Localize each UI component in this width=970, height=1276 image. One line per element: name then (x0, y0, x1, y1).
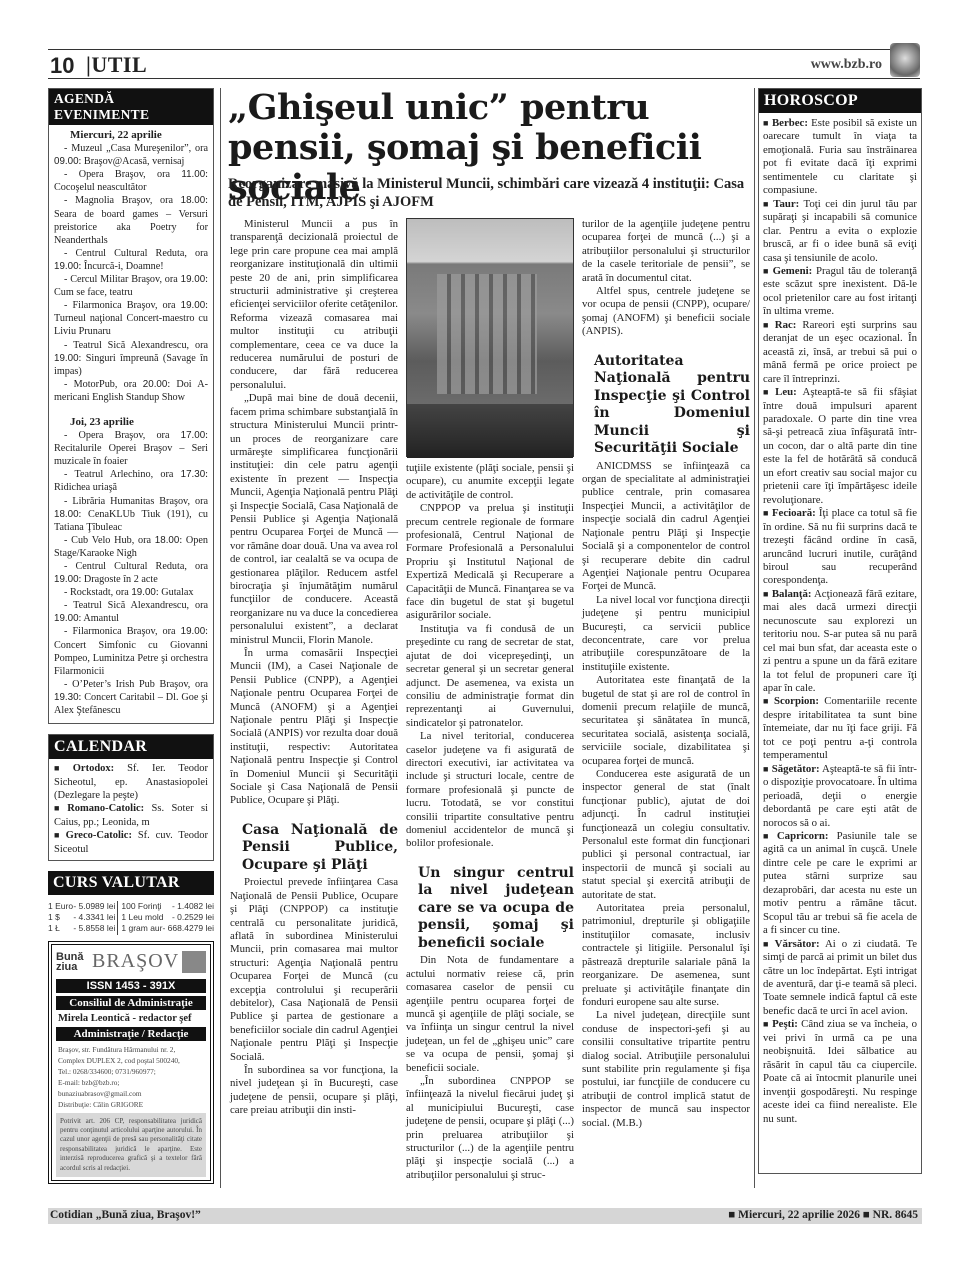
bullet-icon: ■ (763, 764, 769, 774)
agenda-box: AGENDĂ EVENIMENTE Miercuri, 22 aprilie- … (48, 88, 214, 724)
agenda-event: - Rockstadt, ora 19.00: Gutalax (54, 586, 208, 599)
calendar-list: ■Ortodox: Sf. Ier. Teodor Sicheotul, ep.… (49, 759, 213, 860)
zodiac-sign: Vărsător: (775, 938, 820, 950)
event-time: 18.00 (155, 535, 180, 546)
column-divider (220, 88, 221, 1188)
bullet-icon: ■ (763, 939, 772, 949)
zodiac-sign: Berbec: (772, 117, 808, 129)
currency-section: CURS VALUTAR 1 Euro- 5.0989 lei1 $- 4.33… (48, 871, 214, 935)
currency-name: 100 Forinţi (121, 901, 161, 912)
col3-paragraphs: turilor de la agenţiile judeţene pentru … (582, 218, 750, 339)
horoscope-entry: ■Leu: Aşteaptă-te să fii sfâşiat între d… (763, 386, 917, 507)
agenda-title: AGENDĂ EVENIMENTE (49, 89, 213, 125)
article-column-2: tuţiile existente (plăţi sociale, pensii… (406, 462, 574, 1182)
agenda-day-heading: Miercuri, 22 aprilie (54, 129, 208, 142)
agenda-event: - Opera Braşov, ora 11.00: Cocoşelul nea… (54, 168, 208, 194)
article-paragraph: turilor de la agenţiile judeţene pentru … (582, 218, 750, 285)
currency-rate: - 1.4082 lei (172, 901, 214, 912)
article-paragraph: La nivel local vor funcţiona direcţii ju… (582, 594, 750, 674)
agenda-event: - Cercul Militar Braşov, ora 19.00: Cum … (54, 273, 208, 299)
bullet-icon: ■ (763, 320, 772, 330)
article-paragraph: Conducerea este asigurată de un inspecto… (582, 768, 750, 902)
calendar-rite: Ortodox: (73, 763, 114, 774)
zodiac-sign: Săgetător: (772, 763, 820, 775)
article-paragraph: CNPPOP va prelua şi instituţii precum ce… (406, 502, 574, 623)
zodiac-sign: Balanţă: (772, 588, 812, 600)
website-link[interactable]: www.bzb.ro (811, 57, 882, 73)
bullet-icon: ■ (763, 831, 774, 841)
agenda-event: - Muzeul „Casa Mureşenilor”, ora 09.00: … (54, 142, 208, 168)
horoscope-entry: ■Peşti: Când ziua se va încheia, o vei p… (763, 1018, 917, 1126)
sec3-paragraphs: ANICDMSS se înfiinţează ca organ de spec… (582, 460, 750, 1130)
calendar-title: CALENDAR (49, 735, 213, 759)
article-column-3: turilor de la agenţiile judeţene pentru … (582, 218, 750, 1130)
calendar-rite: Romano-Catolic: (67, 803, 144, 814)
page-number: 10 (50, 53, 74, 79)
horoscope-entry: ■Gemeni: Pragul tău de toleranţă este sc… (763, 265, 917, 319)
col1-paragraphs: Ministerul Muncii a pus în transparenţă … (230, 218, 398, 808)
article-paragraph: ANICDMSS se înfiinţează ca organ de spec… (582, 460, 750, 594)
currency-name: 1 gram aur (121, 923, 162, 934)
article-paragraph: Ministerul Muncii a pus în transparenţă … (230, 218, 398, 392)
agenda-list: Miercuri, 22 aprilie- Muzeul „Casa Mureş… (49, 125, 213, 723)
zodiac-sign: Leu: (775, 386, 797, 398)
address-line: Distribuţie: Călin GRIGORE (58, 1099, 204, 1110)
event-time: 19.00 (181, 626, 206, 637)
event-time: 17.00 (181, 430, 206, 441)
calendar-entry: ■Romano-Catolic: Ss. Soter si Caius, pp.… (54, 802, 208, 829)
section-heading-cnppop: Casa Naţională de Pensii Publice, Ocupar… (230, 822, 398, 875)
event-time: 20.00 (143, 379, 168, 390)
newspaper-logo: Bunăziua BRAŞOV (56, 948, 206, 976)
agenda-event: - Filarmonica Braşov, ora 19.00: Concert… (54, 625, 208, 677)
address-line: Complex DUPLEX 2, cod poştal 500240, (58, 1055, 204, 1066)
horoscope-entry: ■Fecioară: Îţi place ca totul să fie în … (763, 507, 917, 588)
board-heading: Consiliul de Administraţie (56, 996, 206, 1010)
bullet-icon: ■ (54, 763, 70, 773)
section-heading-ghiseu: Un singur centrul la nivel judeţean care… (406, 865, 574, 953)
event-time: 19.00 (181, 274, 206, 285)
agenda-event: - Teatrul Sică Alexandrescu, ora 19.00: … (54, 339, 208, 378)
col2-paragraphs: tuţiile existente (plăţi sociale, pensii… (406, 462, 574, 851)
currency-col-left: 1 Euro- 5.0989 lei1 $- 4.3341 lei1 Ł- 5.… (48, 901, 118, 935)
currency-row: 1 Euro- 5.0989 lei (48, 901, 115, 912)
legal-notice: Potrivit art. 206 CP, responsabilitatea … (56, 1113, 206, 1177)
article-paragraph: În subordinea sa vor funcţiona, la nivel… (230, 1064, 398, 1118)
imprint-box: Bunăziua BRAŞOV ISSN 1453 - 391X Consili… (48, 941, 214, 1184)
bullet-icon: ■ (763, 266, 770, 276)
agenda-event: - Cub Velo Hub, ora 18.00: Open Stage/Ka… (54, 534, 208, 560)
event-time: 19.00 (54, 261, 79, 272)
horoscope-list: ■Berbec: Este posibil să existe un oarec… (759, 113, 921, 1130)
left-sidebar: AGENDĂ EVENIMENTE Miercuri, 22 aprilie- … (48, 88, 214, 1184)
agenda-event: - Centrul Cultural Reduta, ora 19.00: Dr… (54, 560, 208, 586)
bullet-icon: ■ (763, 118, 769, 128)
article-paragraph: În urma comasării Inspecţiei Muncii (IM)… (230, 647, 398, 808)
event-time: 19.00 (54, 574, 79, 585)
agenda-event: - Opera Braşov, ora 17.00: Recitalurile … (54, 429, 208, 468)
article-paragraph: La nivel judeţean, direcţiile sunt condu… (582, 1009, 750, 1130)
currency-row: 1 gram aur- 668.4279 lei (121, 923, 214, 934)
article-paragraph: „În subordinea CNPPOP se înfiinţează la … (406, 1075, 574, 1182)
article-paragraph: Autoritatea este finanţată de la bugetul… (582, 674, 750, 768)
currency-table: 1 Euro- 5.0989 lei1 $- 4.3341 lei1 Ł- 5.… (48, 901, 214, 935)
bullet-icon: ■ (763, 508, 769, 518)
currency-row: 1 Leu mold- 0.2529 lei (121, 912, 214, 923)
horoscope-entry: ■Berbec: Este posibil să existe un oarec… (763, 117, 917, 198)
zodiac-sign: Peşti: (772, 1018, 798, 1030)
contact-info: Braşov, str. Fundătura Hărmanului nr. 2,… (56, 1041, 206, 1113)
logo-crest-icon (182, 951, 206, 973)
admin-heading: Administraţie / Redacţie (56, 1027, 206, 1041)
calendar-box: CALENDAR ■Ortodox: Sf. Ier. Teodor Siche… (48, 734, 214, 861)
article-paragraph: Autoritatea preia personalul, patrimoniu… (582, 902, 750, 1009)
currency-rate: - 5.0989 lei (73, 901, 115, 912)
editor-in-chief: Mirela Leontică - redactor şef (56, 1010, 206, 1024)
event-time: 19.30 (54, 692, 79, 703)
agenda-event: - Teatrul Arlechino, ora 17.30: Ridichea… (54, 468, 208, 494)
event-time: 09.00 (54, 156, 79, 167)
page-header: 10 |UTIL www.bzb.ro (48, 51, 920, 79)
article-column-1: Ministerul Muncii a pus în transparenţă … (230, 218, 398, 1118)
calendar-entry: ■Greco-Catolic: Sf. cuv. Teodor Siceotul (54, 829, 208, 856)
agenda-event: - Teatrul Sică Alexandrescu, ora 19.00: … (54, 599, 208, 625)
event-time: 19.00 (54, 613, 79, 624)
horoscope-title: HOROSCOP (759, 89, 921, 113)
calendar-entry: ■Ortodox: Sf. Ier. Teodor Sicheotul, ep.… (54, 762, 208, 802)
article-paragraph: Instituţia va fi condusă de un preşedint… (406, 623, 574, 730)
zodiac-sign: Rac: (775, 319, 797, 331)
sec1-paragraphs: Proiectul prevede înfiinţarea Casa Naţio… (230, 876, 398, 1117)
agenda-day-heading: Joi, 23 aprilie (54, 416, 208, 429)
section-title: |UTIL (86, 52, 147, 78)
event-time: 18.00 (54, 509, 79, 520)
event-time: 19.00 (131, 587, 156, 598)
zodiac-sign: Taur: (773, 198, 799, 210)
issue-date: ■ Miercuri, 22 aprilie 2026 ■ NR. 8645 (728, 1209, 918, 1221)
address-line: E-mail: bzb@bzb.ro; bunaziuabrasov@gmail… (58, 1077, 204, 1099)
address-line: Tel.: 0268/334600; 0731/960977; (58, 1066, 204, 1077)
agenda-event: - Centrul Cultural Reduta, ora 19.00: În… (54, 247, 208, 273)
page-footer: Cotidian „Bună ziua, Braşov!” ■ Miercuri… (48, 1208, 922, 1224)
article-paragraph: tuţiile existente (plăţi sociale, pensii… (406, 462, 574, 502)
horoscope-entry: ■Vărsător: Ai o zi ciudată. Te simţi de … (763, 938, 917, 1019)
horoscope-entry: ■Scorpion: Comentariile recente despre i… (763, 695, 917, 762)
event-time: 19.00 (181, 300, 206, 311)
horoscope-box: HOROSCOP ■Berbec: Este posibil să existe… (758, 88, 922, 1174)
article-paragraph: Din Nota de fundamentare a actului norma… (406, 954, 574, 1075)
currency-title: CURS VALUTAR (48, 871, 214, 895)
bullet-icon: ■ (54, 830, 63, 840)
currency-row: 1 $- 4.3341 lei (48, 912, 115, 923)
section-heading-anicdmss: Autoritatea Naţională pentru Inspecţie ş… (582, 353, 750, 458)
section-label: UTIL (91, 52, 147, 77)
city-crest-icon (890, 43, 920, 77)
zodiac-sign: Scorpion: (774, 695, 819, 707)
agenda-event: - MotorPub, ora 20.00: Doi A-mericani En… (54, 378, 208, 404)
event-time: 19.00 (54, 353, 79, 364)
agenda-event: - O’Peter’s Irish Pub Braşov, ora 19.30:… (54, 678, 208, 717)
currency-name: 1 Ł (48, 923, 60, 934)
publication-name: Cotidian „Bună ziua, Braşov!” (50, 1209, 201, 1221)
currency-name: 1 $ (48, 912, 60, 923)
agenda-event: - Magnolia Braşov, ora 18.00: Seara de b… (54, 194, 208, 246)
article-paragraph: La nivel teritorial, conducerea caselor … (406, 730, 574, 851)
top-rule (48, 49, 920, 50)
event-time: 17.30 (181, 469, 206, 480)
currency-rate: - 0.2529 lei (172, 912, 214, 923)
bullet-icon: ■ (763, 589, 769, 599)
horoscope-entry: ■Balanţă: Acţionează fără ezitare, mai a… (763, 588, 917, 696)
agenda-event: - Librăria Humanitas Braşov, ora 18.00: … (54, 495, 208, 534)
bullet-icon: ■ (763, 387, 772, 397)
zodiac-sign: Capricorn: (777, 830, 829, 842)
horoscope-entry: ■Rac: Rareori eşti surprins sau deranjat… (763, 319, 917, 386)
bullet-icon: ■ (763, 1019, 769, 1029)
calendar-rite: Greco-Catolic: (66, 830, 132, 841)
article-paragraph: „După mai bine de două decenii, facem pr… (230, 392, 398, 647)
currency-row: 1 Ł- 5.8558 lei (48, 923, 115, 934)
currency-name: 1 Leu mold (121, 912, 163, 923)
horoscope-entry: ■Taur: Toţi cei din jurul tău par supăra… (763, 198, 917, 265)
column-divider-right (754, 88, 755, 1188)
zodiac-sign: Gemeni: (773, 265, 813, 277)
ministry-building-photo (406, 218, 574, 457)
logo-wordmark: Bunăziua (56, 952, 92, 972)
currency-name: 1 Euro (48, 901, 73, 912)
horoscope-entry: ■Capricorn: Pasiunile tale se agită ca u… (763, 830, 917, 938)
article-paragraph: Altfel spus, centrele judeţene se vor oc… (582, 285, 750, 339)
article-subheadline: Reorganizare masivă la Ministerul Muncii… (228, 175, 748, 211)
currency-rate: - 668.4279 lei (162, 923, 214, 934)
currency-col-right: 100 Forinţi- 1.4082 lei1 Leu mold- 0.252… (118, 901, 214, 935)
sec2-paragraphs: Din Nota de fundamentare a actului norma… (406, 954, 574, 1182)
bullet-icon: ■ (763, 199, 770, 209)
currency-row: 100 Forinţi- 1.4082 lei (121, 901, 214, 912)
zodiac-sign: Fecioară: (772, 507, 816, 519)
issn: ISSN 1453 - 391X (56, 979, 206, 993)
horoscope-entry: ■Săgetător: Aşteaptă-te să fii într-o di… (763, 763, 917, 830)
currency-rate: - 4.3341 lei (73, 912, 115, 923)
currency-rate: - 5.8558 lei (73, 923, 115, 934)
event-time: 11.00 (181, 169, 205, 180)
article-paragraph: Proiectul prevede înfiinţarea Casa Naţio… (230, 876, 398, 1064)
logo-city: BRAŞOV (92, 950, 182, 973)
agenda-event: - Filarmonica Braşov, ora 19.00: Turneul… (54, 299, 208, 338)
bullet-icon: ■ (763, 696, 771, 706)
address-line: Braşov, str. Fundătura Hărmanului nr. 2, (58, 1044, 204, 1055)
bullet-icon: ■ (54, 803, 64, 813)
event-time: 18.00 (181, 195, 206, 206)
